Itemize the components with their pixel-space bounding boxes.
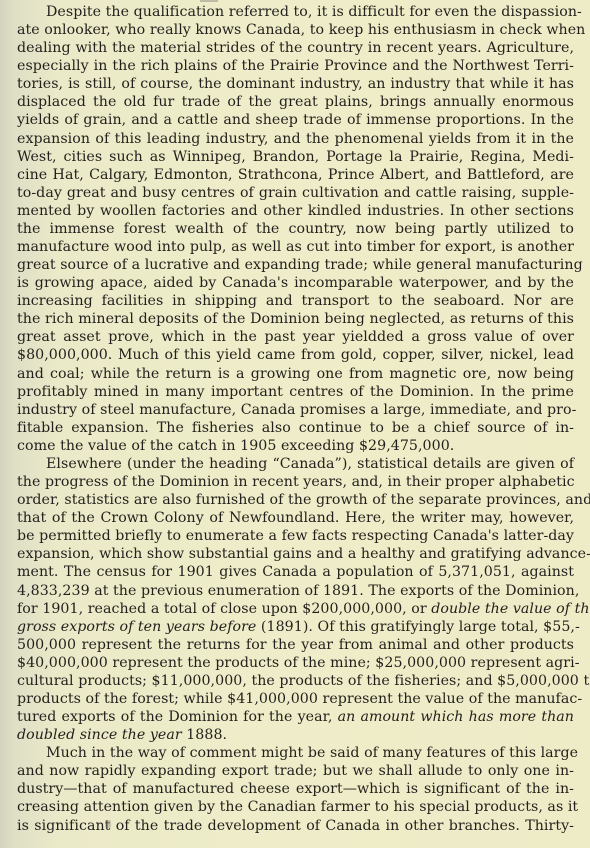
text-line: to-day great and busy centres of grain c… — [17, 184, 574, 202]
text-line: Much in the way of comment might be said… — [17, 744, 574, 762]
text-run: 1888. — [182, 727, 227, 743]
text-line: cine Hat, Calgary, Edmonton, Strathcona,… — [17, 166, 574, 184]
scan-mark — [200, 0, 218, 2]
text-line: manufacture wood into pulp, as well as c… — [17, 238, 574, 256]
text-line: come the value of the catch in 1905 exce… — [17, 437, 574, 455]
text-line: gross exports of ten years before (1891)… — [17, 618, 574, 636]
text-run: (1891). Of this gratifyingly large total… — [256, 619, 579, 635]
text-line: 500,000 represent the returns for the ye… — [17, 636, 574, 654]
text-line: is growing apace, aided by Canada's inco… — [17, 274, 574, 292]
text-line: be permitted briefly to enumerate a few … — [17, 527, 574, 545]
text-line: profitably mined in many important centr… — [17, 383, 574, 401]
text-line: ate onlooker, who really knows Canada, t… — [17, 21, 574, 39]
paragraph-1: Despite the qualification referred to, i… — [17, 3, 574, 455]
text-line: Despite the qualification referred to, i… — [17, 3, 574, 21]
text-line: great asset prove, which in the past yea… — [17, 328, 574, 346]
text-line: increasing facilities in shipping and tr… — [17, 292, 574, 310]
text-line: products of the forest; while $41,000,00… — [17, 690, 574, 708]
text-line: cultural products; $11,000,000, the prod… — [17, 672, 574, 690]
text-line: for 1901, reached a total of close upon … — [17, 600, 574, 618]
text-line: yields of grain, and a cattle and sheep … — [17, 111, 574, 129]
text-run: for 1901, reached a total of close upon … — [17, 601, 431, 617]
scan-smudge — [105, 820, 111, 828]
paragraph-2: Elsewhere (under the heading “Canada”), … — [17, 455, 574, 744]
text-line: expansion of this leading industry, and … — [17, 130, 574, 148]
text-line: fitable expansion. The fisheries also co… — [17, 419, 574, 437]
text-line: expansion, which show substantial gains … — [17, 545, 574, 563]
text-line: 4,833,239 at the previous enumeration of… — [17, 582, 574, 600]
text-line: industry of steel manufacture, Canada pr… — [17, 401, 574, 419]
text-line: displaced the old fur trade of the great… — [17, 93, 574, 111]
text-line: is significant of the trade development … — [17, 817, 574, 835]
text-line: West, cities such as Winnipeg, Brandon, … — [17, 148, 574, 166]
text-line: creasing attention given by the Canadian… — [17, 798, 574, 816]
italic-run: gross exports of ten years before — [17, 619, 256, 635]
text-line: great source of a lucrative and expandin… — [17, 256, 574, 274]
text-line: and now rapidly expanding export trade; … — [17, 762, 574, 780]
text-line: the progress of the Dominion in recent y… — [17, 473, 574, 491]
text-line: ment. The census for 1901 gives Canada a… — [17, 563, 574, 581]
paragraph-3: Much in the way of comment might be said… — [17, 744, 574, 834]
text-line: dealing with the material strides of the… — [17, 39, 574, 57]
text-line: mented by woollen factories and other ki… — [17, 202, 574, 220]
text-run: tured exports of the Dominion for the ye… — [17, 709, 338, 725]
text-line: tories, is still, of course, the dominan… — [17, 75, 574, 93]
text-line: tured exports of the Dominion for the ye… — [17, 708, 574, 726]
text-line: the immense forest wealth of the country… — [17, 220, 574, 238]
italic-run: double the value of the — [431, 601, 590, 617]
text-line: the rich mineral deposits of the Dominio… — [17, 310, 574, 328]
text-line: $40,000,000 represent the products of th… — [17, 654, 574, 672]
italic-run: an amount which has more than — [338, 709, 574, 725]
text-line: $80,000,000. Much of this yield came fro… — [17, 346, 574, 364]
text-line: dustry—that of manufactured cheese expor… — [17, 780, 574, 798]
text-line: order, statistics are also furnished of … — [17, 491, 574, 509]
book-page: Despite the qualification referred to, i… — [17, 3, 574, 835]
text-line: doubled since the year 1888. — [17, 726, 574, 744]
text-line: that of the Crown Colony of Newfoundland… — [17, 509, 574, 527]
text-line: Elsewhere (under the heading “Canada”), … — [17, 455, 574, 473]
text-line: especially in the rich plains of the Pra… — [17, 57, 574, 75]
text-line: and coal; while the return is a growing … — [17, 365, 574, 383]
italic-run: doubled since the year — [17, 727, 182, 743]
